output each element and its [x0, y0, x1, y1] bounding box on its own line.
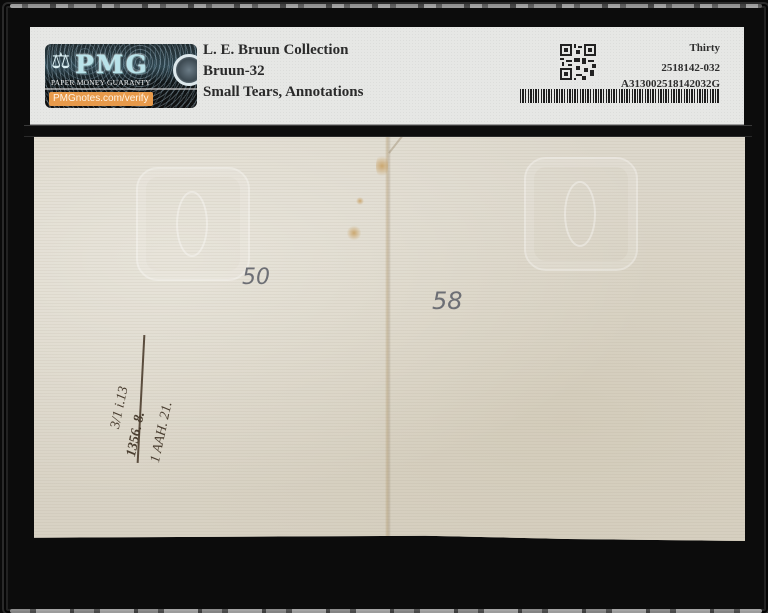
qr-code-icon	[558, 42, 598, 82]
watermark-left	[136, 167, 250, 281]
ink-annotation-3: 1 AAH. 21.	[148, 400, 177, 464]
scales-icon: ⚖	[51, 50, 71, 72]
hologram-band	[45, 88, 197, 90]
holder-top-edge	[10, 4, 762, 8]
collection-name: L. E. Bruun Collection	[203, 40, 363, 61]
pmg-logo: PMG	[75, 50, 149, 79]
pencil-annotation-right: 58	[432, 287, 463, 315]
verify-url: PMGnotes.com/verify	[49, 92, 153, 106]
vertical-fold	[385, 137, 391, 541]
stain	[376, 153, 388, 179]
stain	[347, 225, 361, 241]
pmg-holder: ⚖ PMG PAPER MONEY GUARANTY PMGnotes.com/…	[2, 2, 768, 613]
label-divider	[24, 125, 752, 137]
barcode	[520, 89, 720, 103]
stain	[356, 197, 364, 205]
pmg-hologram: ⚖ PMG PAPER MONEY GUARANTY PMGnotes.com/…	[45, 44, 197, 108]
comments: Small Tears, Annotations	[203, 82, 363, 103]
cert-number: 2518142-032	[621, 61, 720, 75]
holder-bottom-edge	[10, 609, 762, 613]
seal-icon	[173, 54, 197, 86]
ink-annotation-block: 3/1 i.13 1356. 8. 1 AAH. 21.	[102, 327, 182, 467]
hologram-tagline: PAPER MONEY GUARANTY	[51, 78, 151, 87]
grade-block: Thirty 2518142-032 A313002518142032G	[621, 41, 720, 91]
grade-word: Thirty	[621, 41, 720, 55]
ink-annotation-1: 3/1 i.13	[108, 385, 133, 430]
grading-label: ⚖ PMG PAPER MONEY GUARANTY PMGnotes.com/…	[30, 27, 744, 126]
watermark-right	[524, 157, 638, 271]
pencil-annotation-left: 50	[242, 265, 270, 290]
catalog-number: Bruun-32	[203, 61, 363, 82]
label-description: L. E. Bruun Collection Bruun-32 Small Te…	[203, 40, 363, 103]
ink-annotation-2: 1356. 8.	[124, 410, 149, 458]
banknote-back: 50 58 3/1 i.13 1356. 8. 1 AAH. 21.	[34, 137, 745, 541]
